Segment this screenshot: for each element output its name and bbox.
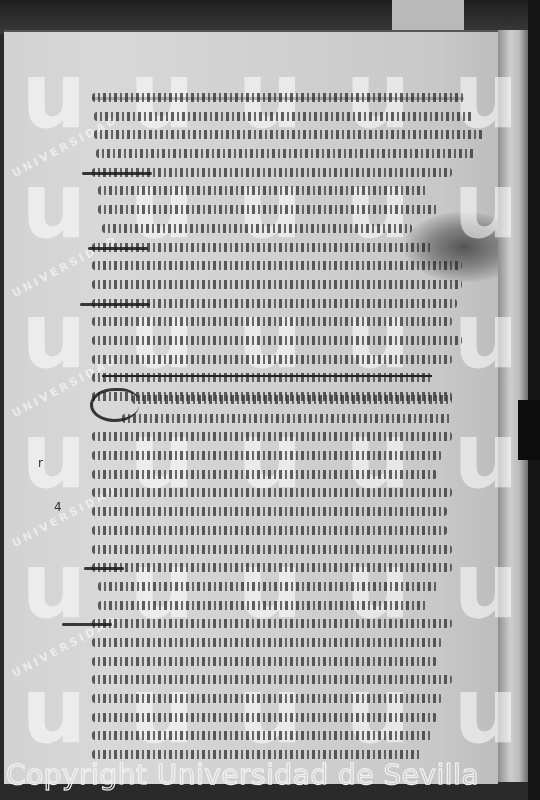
handwritten-line	[92, 654, 492, 671]
binding-clip	[518, 400, 540, 460]
handwritten-line	[92, 109, 492, 126]
handwritten-line	[92, 202, 492, 219]
handwritten-line	[92, 392, 492, 409]
marginal-mark: r	[38, 456, 43, 470]
handwritten-line	[92, 165, 492, 182]
handwritten-line	[92, 523, 492, 540]
copyright-watermark: Copyright Universidad de Sevilla	[6, 758, 479, 791]
scanned-page: u u u u u u u u u u u u u u u u u u u u …	[0, 0, 540, 800]
handwritten-line	[92, 146, 492, 163]
handwritten-line	[92, 542, 492, 559]
handwritten-line	[92, 429, 492, 446]
manuscript-text-block-2	[92, 392, 492, 766]
handwritten-line	[92, 728, 492, 745]
handwritten-line	[92, 710, 492, 727]
handwritten-line	[92, 296, 492, 313]
handwritten-line	[92, 616, 492, 633]
handwritten-line	[92, 467, 492, 484]
handwritten-line	[92, 560, 492, 577]
handwritten-line	[92, 504, 492, 521]
handwritten-line	[92, 579, 492, 596]
handwritten-line	[92, 672, 492, 689]
handwritten-line	[92, 448, 492, 465]
handwritten-line	[92, 258, 492, 275]
handwritten-line	[92, 598, 492, 615]
handwritten-line	[92, 370, 492, 387]
handwritten-line	[92, 352, 492, 369]
handwritten-line	[92, 127, 492, 144]
marginal-folio-number: 4	[54, 500, 62, 514]
handwritten-line	[92, 183, 492, 200]
handwritten-line	[92, 90, 492, 107]
handwritten-line	[92, 314, 492, 331]
handwritten-line	[92, 691, 492, 708]
handwritten-line	[92, 240, 492, 257]
section-rule	[102, 375, 432, 377]
handwritten-line	[92, 333, 492, 350]
handwritten-line	[92, 221, 492, 238]
handwritten-line	[92, 635, 492, 652]
manuscript-text-block-1	[92, 90, 492, 408]
handwritten-line	[92, 411, 492, 428]
handwritten-line	[92, 485, 492, 502]
handwritten-line	[92, 277, 492, 294]
